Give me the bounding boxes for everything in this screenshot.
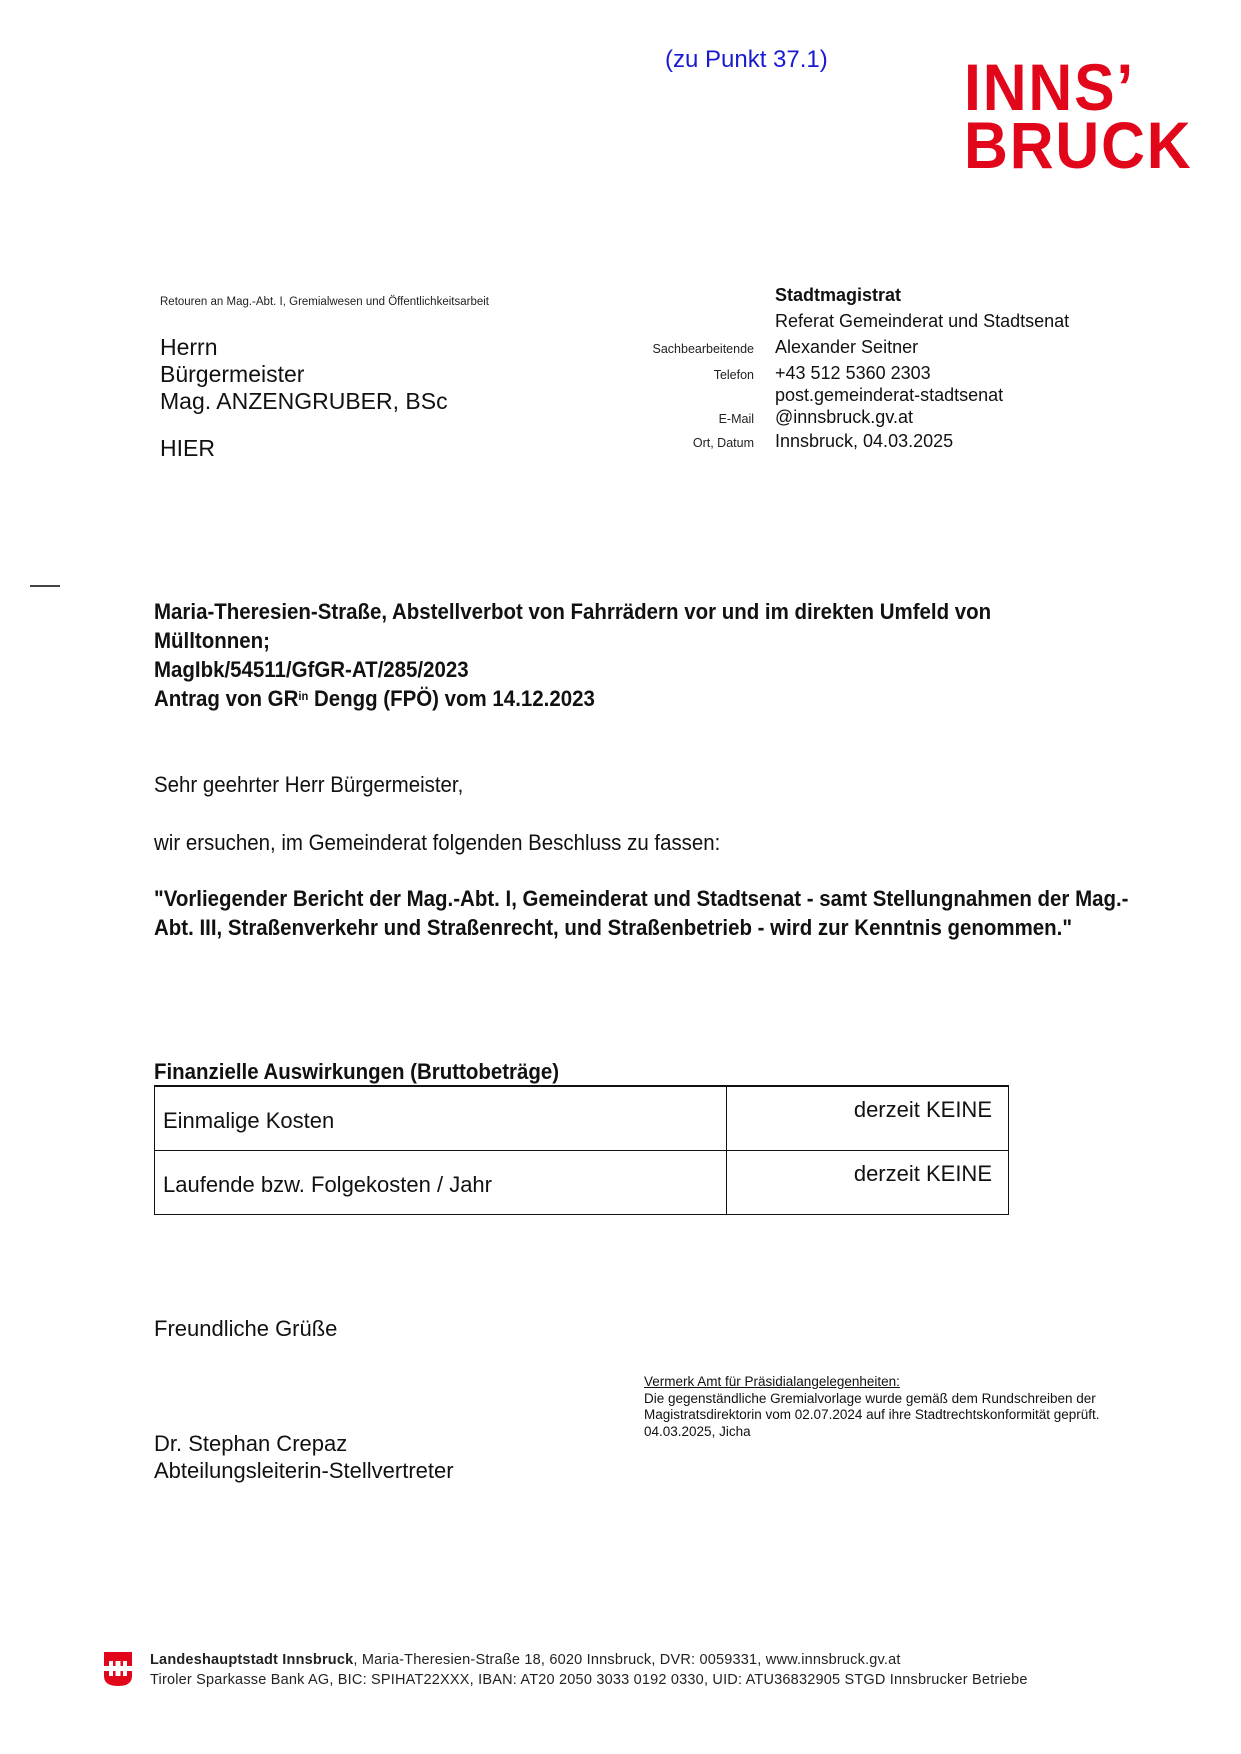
sender-field-label: Telefon [640,368,775,382]
agenda-reference-note: (zu Punkt 37.1) [665,46,828,74]
cost-label: Einmalige Kosten [155,1086,727,1151]
footer-text: Landeshauptstadt Innsbruck, Maria-Theres… [150,1650,1028,1690]
presidial-note-title: Vermerk Amt für Präsidialangelegenheiten… [644,1374,1164,1391]
financial-impact-table: Einmalige Kosten derzeit KEINE Laufende … [154,1085,1009,1215]
cost-value: derzeit KEINE [727,1086,1009,1151]
subject-line-2: Mülltonnen; [154,626,1084,655]
table-row: Einmalige Kosten derzeit KEINE [155,1086,1009,1151]
request-text: wir ersuchen, im Gemeinderat folgenden B… [154,830,720,856]
innsbruck-logo: INNS’ BRUCK [964,58,1206,178]
sender-block: Stadtmagistrat Referat Gemeinderat und S… [640,284,1110,452]
sender-clerk: Alexander Seitner [775,336,918,358]
footer-line-1: Landeshauptstadt Innsbruck, Maria-Theres… [150,1650,1028,1670]
recipient-title: Bürgermeister [160,361,448,388]
sender-field-label: E-Mail [640,412,775,426]
logo-line-2: BRUCK [964,116,1187,174]
file-number: MagIbk/54511/GfGR-AT/285/2023 [154,655,1084,684]
return-address-line: Retouren an Mag.-Abt. I, Gremialwesen un… [160,296,489,308]
recipient-salutation: Herrn [160,334,448,361]
city-coat-of-arms-icon [104,1652,132,1686]
sender-department: Referat Gemeinderat und Stadtsenat [775,310,1069,332]
footer-line-2: Tiroler Sparkasse Bank AG, BIC: SPIHAT22… [150,1670,1028,1690]
greeting: Sehr geehrter Herr Bürgermeister, [154,772,463,798]
fold-mark [30,585,60,587]
signer-role: Abteilungsleiterin-Stellvertreter [154,1457,454,1484]
subject-line-1: Maria-Theresien-Straße, Abstellverbot vo… [154,597,1084,626]
cost-value: derzeit KEINE [727,1151,1009,1215]
sender-email-part1: post.gemeinderat-stadtsenat [775,384,1003,406]
resolution-text: "Vorliegender Bericht der Mag.-Abt. I, G… [154,884,1140,942]
sender-field-label: Ort, Datum [640,436,775,450]
presidial-note: Vermerk Amt für Präsidialangelegenheiten… [644,1374,1164,1440]
recipient-location: HIER [160,435,448,462]
recipient-block: Herrn Bürgermeister Mag. ANZENGRUBER, BS… [160,334,448,462]
sender-field-label: Sachbearbeitende [640,342,775,356]
recipient-name: Mag. ANZENGRUBER, BSc [160,388,448,415]
sender-organization: Stadtmagistrat [775,284,901,306]
financial-impact-title: Finanzielle Auswirkungen (Bruttobeträge) [154,1059,559,1085]
motion-line: Antrag von GRin Dengg (FPÖ) vom 14.12.20… [154,684,1084,713]
presidial-note-signature: 04.03.2025, Jicha [644,1424,1164,1441]
sender-email-part2: @innsbruck.gv.at [775,406,913,428]
subject-block: Maria-Theresien-Straße, Abstellverbot vo… [154,597,1084,713]
presidial-note-text: Die gegenständliche Gremialvorlage wurde… [644,1391,1164,1424]
sender-phone: +43 512 5360 2303 [775,362,931,384]
closing-salutation: Freundliche Grüße [154,1316,337,1342]
sender-place-date: Innsbruck, 04.03.2025 [775,430,953,452]
signer-name: Dr. Stephan Crepaz [154,1430,454,1457]
table-row: Laufende bzw. Folgekosten / Jahr derzeit… [155,1151,1009,1215]
cost-label: Laufende bzw. Folgekosten / Jahr [155,1151,727,1215]
signer-block: Dr. Stephan Crepaz Abteilungsleiterin-St… [154,1430,454,1484]
